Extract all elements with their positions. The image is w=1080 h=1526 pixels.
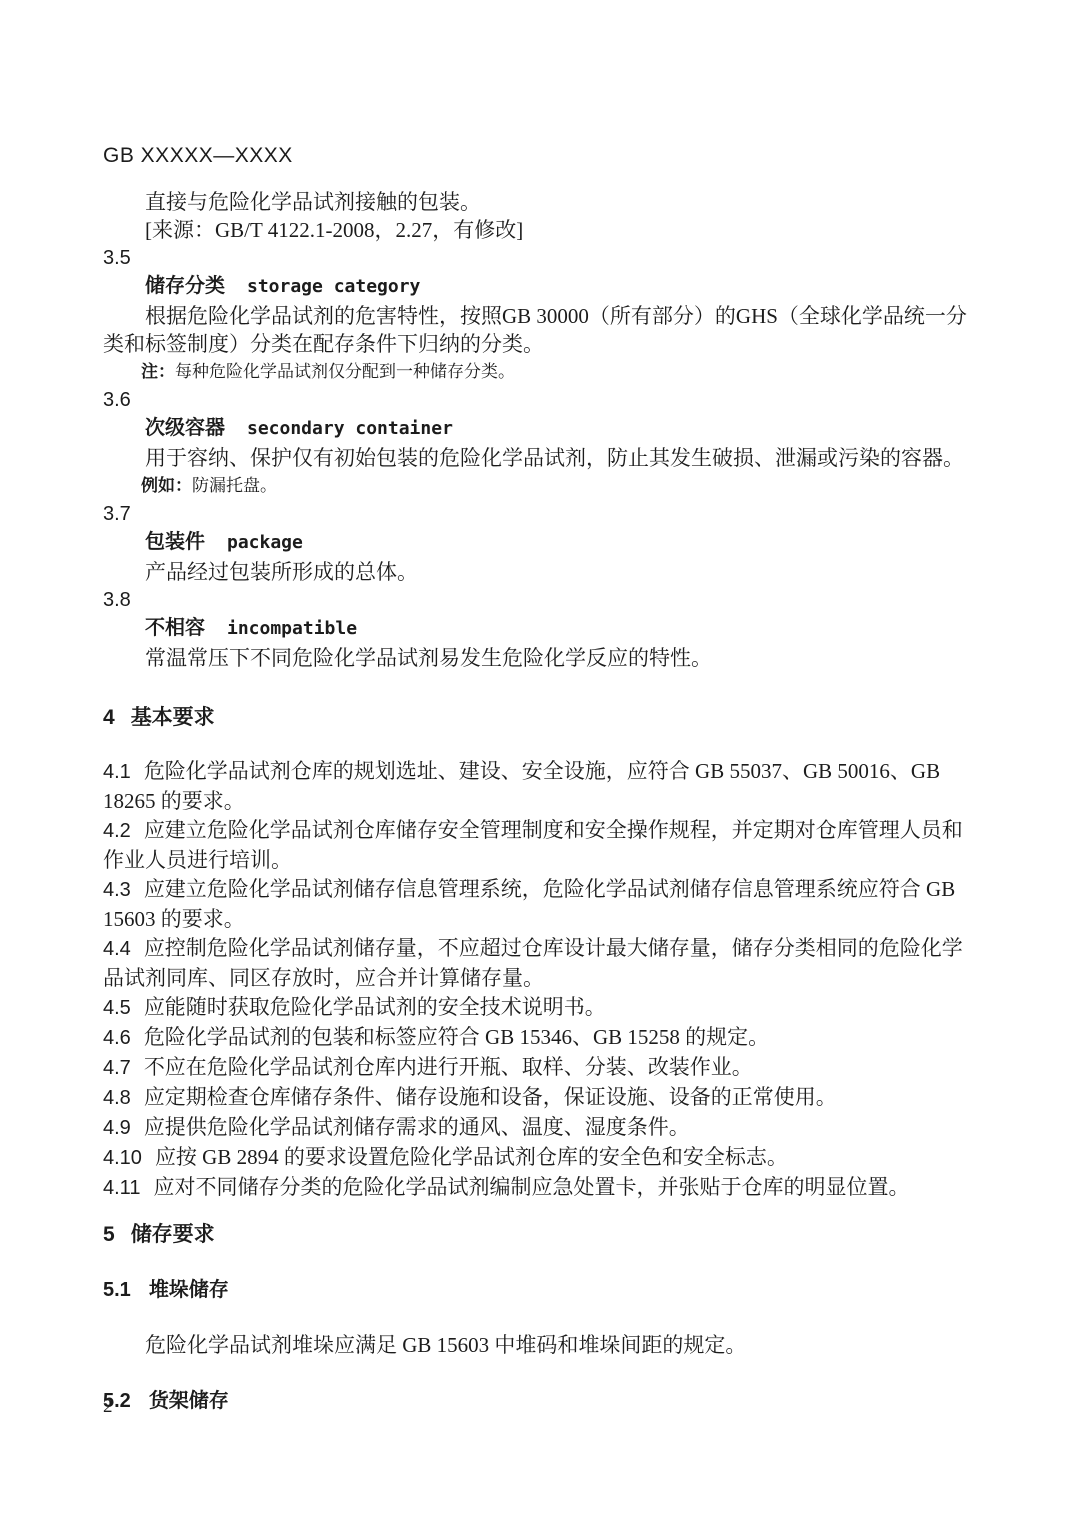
clause-4-2: 4.2应建立危险化学品试剂仓库储存安全管理制度和安全操作规程，并定期对仓库管理人…	[103, 816, 980, 875]
term-zh: 包装件	[145, 531, 205, 553]
clause-number: 4.10	[103, 1147, 142, 1169]
clause-4-9: 4.9应提供危险化学品试剂储存需求的通风、温度、湿度条件。	[103, 1113, 980, 1143]
clause-number: 4.9	[103, 1117, 131, 1139]
term-example: 例如：防漏托盘。	[103, 472, 980, 500]
clause-text: 应按 GB 2894 的要求设置危险化学品试剂仓库的安全色和安全标志。	[155, 1145, 788, 1169]
clause-4-5: 4.5应能随时获取危险化学品试剂的安全技术说明书。	[103, 993, 980, 1023]
section-5-heading: 5储存要求	[103, 1219, 980, 1250]
term-en: secondary container	[247, 418, 453, 439]
clause-number: 4.1	[103, 761, 131, 783]
clause-number: 4.2	[103, 820, 131, 842]
document-page: GB XXXXX—XXXX 直接与危险化学品试剂接触的包装。 [来源：GB/T …	[0, 0, 1080, 1526]
term-en: incompatible	[227, 618, 357, 639]
clause-text: 应定期检查仓库储存条件、储存设施和设备，保证设施、设备的正常使用。	[144, 1085, 837, 1109]
intro-line-1: 直接与危险化学品试剂接触的包装。	[103, 188, 980, 216]
term-heading: 包装件package	[103, 528, 980, 558]
clause-4-8: 4.8应定期检查仓库储存条件、储存设施和设备，保证设施、设备的正常使用。	[103, 1083, 980, 1113]
section-title: 储存要求	[131, 1223, 215, 1246]
clause-4-7: 4.7不应在危险化学品试剂仓库内进行开瓶、取样、分装、改装作业。	[103, 1053, 980, 1083]
term-number: 3.7	[103, 500, 980, 528]
term-definition: 根据危险化学品试剂的危害特性，按照GB 30000（所有部分）的GHS（全球化学…	[103, 302, 980, 358]
clause-text: 不应在危险化学品试剂仓库内进行开瓶、取样、分装、改装作业。	[144, 1055, 753, 1079]
clause-4-4: 4.4应控制危险化学品试剂储存量，不应超过仓库设计最大储存量，储存分类相同的危险…	[103, 934, 980, 993]
page-number: 2	[103, 1396, 113, 1418]
subsection-title: 货架储存	[149, 1390, 229, 1412]
clause-text: 应能随时获取危险化学品试剂的安全技术说明书。	[144, 995, 606, 1019]
term-number: 3.5	[103, 244, 980, 272]
section-title: 基本要求	[131, 706, 215, 729]
clause-number: 4.4	[103, 938, 131, 960]
term-definition: 产品经过包装所形成的总体。	[103, 558, 980, 586]
term-number: 3.6	[103, 386, 980, 414]
subsection-5-1-body: 危险化学品试剂堆垛应满足 GB 15603 中堆码和堆垛间距的规定。	[103, 1330, 980, 1361]
clause-4-6: 4.6危险化学品试剂的包装和标签应符合 GB 15346、GB 15258 的规…	[103, 1023, 980, 1053]
clause-text: 应建立危险化学品试剂储存信息管理系统，危险化学品试剂储存信息管理系统应符合 GB…	[103, 877, 955, 931]
term-heading: 储存分类storage category	[103, 272, 980, 302]
term-definition: 常温常压下不同危险化学品试剂易发生危险化学反应的特性。	[103, 644, 980, 672]
section-4-heading: 4基本要求	[103, 702, 980, 733]
intro-line-2: [来源：GB/T 4122.1-2008，2.27，有修改]	[103, 216, 980, 244]
section-number: 4	[103, 706, 115, 729]
example-text: 防漏托盘。	[192, 476, 277, 495]
clause-4-11: 4.11应对不同储存分类的危险化学品试剂编制应急处置卡，并张贴于仓库的明显位置。	[103, 1173, 980, 1203]
clause-number: 4.11	[103, 1177, 140, 1199]
term-3-6: 3.6 次级容器secondary container 用于容纳、保护仅有初始包…	[103, 386, 980, 500]
subsection-5-2-heading: 5.2货架储存	[103, 1386, 980, 1417]
term-zh: 次级容器	[145, 417, 225, 439]
example-label: 例如：	[141, 476, 192, 495]
clause-4-3: 4.3应建立危险化学品试剂储存信息管理系统，危险化学品试剂储存信息管理系统应符合…	[103, 875, 980, 934]
subsection-5-1-heading: 5.1堆垛储存	[103, 1275, 980, 1306]
clause-4-10: 4.10应按 GB 2894 的要求设置危险化学品试剂仓库的安全色和安全标志。	[103, 1143, 980, 1173]
term-note: 注：每种危险化学品试剂仅分配到一种储存分类。	[103, 358, 980, 386]
clause-text: 危险化学品试剂仓库的规划选址、建设、安全设施，应符合 GB 55037、GB 5…	[103, 759, 940, 813]
note-label: 注：	[141, 362, 175, 381]
clause-text: 应提供危险化学品试剂储存需求的通风、温度、湿度条件。	[144, 1115, 690, 1139]
term-3-5: 3.5 储存分类storage category 根据危险化学品试剂的危害特性，…	[103, 244, 980, 386]
clause-number: 4.8	[103, 1087, 131, 1109]
term-en: package	[227, 532, 303, 553]
subsection-title: 堆垛储存	[149, 1279, 229, 1301]
term-en: storage category	[247, 276, 420, 297]
term-definition: 用于容纳、保护仅有初始包装的危险化学品试剂，防止其发生破损、泄漏或污染的容器。	[103, 444, 980, 472]
term-3-7: 3.7 包装件package 产品经过包装所形成的总体。	[103, 500, 980, 586]
clause-text: 危险化学品试剂的包装和标签应符合 GB 15346、GB 15258 的规定。	[144, 1025, 769, 1049]
clause-text: 应建立危险化学品试剂仓库储存安全管理制度和安全操作规程，并定期对仓库管理人员和作…	[103, 818, 963, 872]
clause-number: 4.3	[103, 879, 131, 901]
clause-text: 应对不同储存分类的危险化学品试剂编制应急处置卡，并张贴于仓库的明显位置。	[153, 1175, 909, 1199]
term-zh: 不相容	[145, 617, 205, 639]
subsection-number: 5.1	[103, 1279, 131, 1301]
clause-text: 应控制危险化学品试剂储存量，不应超过仓库设计最大储存量，储存分类相同的危险化学品…	[103, 936, 963, 990]
clause-4-1: 4.1危险化学品试剂仓库的规划选址、建设、安全设施，应符合 GB 55037、G…	[103, 757, 980, 816]
clause-number: 4.7	[103, 1057, 131, 1079]
section-number: 5	[103, 1223, 115, 1246]
term-number: 3.8	[103, 586, 980, 614]
doc-number: GB XXXXX—XXXX	[103, 143, 980, 169]
term-heading: 不相容incompatible	[103, 614, 980, 644]
clause-number: 4.6	[103, 1027, 131, 1049]
term-3-8: 3.8 不相容incompatible 常温常压下不同危险化学品试剂易发生危险化…	[103, 586, 980, 672]
term-zh: 储存分类	[145, 275, 225, 297]
term-heading: 次级容器secondary container	[103, 414, 980, 444]
clause-number: 4.5	[103, 997, 131, 1019]
note-text: 每种危险化学品试剂仅分配到一种储存分类。	[175, 362, 515, 381]
